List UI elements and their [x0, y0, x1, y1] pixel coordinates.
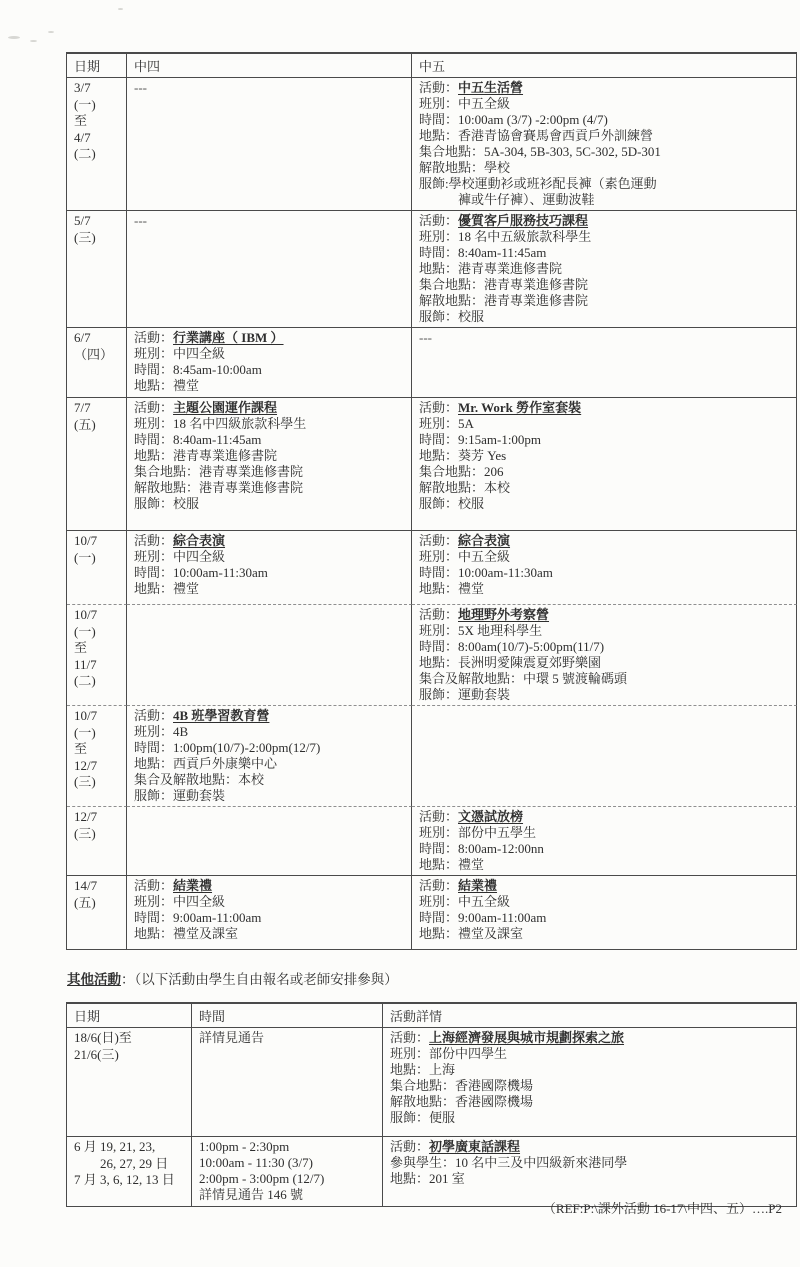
date-line: 7 月 3, 6, 12, 13 日 [74, 1172, 186, 1189]
detail-line: 時間：8:45am-10:00am [134, 362, 406, 378]
detail-line: 解散地點：本校 [419, 480, 791, 496]
table-row: 10/7(一)至11/7(二)活動：地理野外考察營班別：5X 地理科學生時間：8… [67, 605, 797, 706]
col-header-details: 活動詳情 [383, 1004, 797, 1028]
time-cell: 詳情見通告 [192, 1028, 383, 1137]
time-line: 詳情見通告 146 號 [199, 1187, 377, 1203]
activity-label: 活動： [134, 878, 173, 893]
date-line: 18/6(日)至 [74, 1030, 186, 1047]
detail-line: 地點：禮堂及課室 [419, 926, 791, 942]
date-line: (五) [74, 895, 121, 912]
activity-cell: 活動：Mr. Work 勞作室套裝班別：5A時間：9:15am-1:00pm地點… [412, 398, 797, 531]
other-activities-subtitle: ：（以下活動由學生自由報名或老師安排參與） [121, 972, 398, 987]
col-header-form4: 中四 [127, 54, 412, 78]
date-cell: 18/6(日)至21/6(三) [67, 1028, 192, 1137]
date-line: 14/7 [74, 878, 121, 895]
no-activity-dash: --- [419, 330, 791, 346]
scan-speckle [48, 31, 54, 33]
date-line: (一) [74, 725, 121, 742]
activity-line: 活動：文憑試放榜 [419, 809, 791, 825]
detail-line: 解散地點：港青專業進修書院 [419, 293, 791, 309]
detail-line: 集合地點：5A-304, 5B-303, 5C-302, 5D-301 [419, 144, 791, 160]
activity-title: 初學廣東話課程 [429, 1139, 520, 1154]
empty-cell [127, 807, 412, 876]
date-line: 至 [74, 640, 121, 657]
detail-line: 集合地點：香港國際機場 [390, 1078, 791, 1094]
date-line: (一) [74, 624, 121, 641]
activity-line: 活動：Mr. Work 勞作室套裝 [419, 400, 791, 416]
date-line: 6 月 19, 21, 23, [74, 1139, 186, 1156]
detail-line: 褲或牛仔褲）、運動波鞋 [419, 192, 791, 208]
detail-line: 地點：香港青協會賽馬會西貢戶外訓練營 [419, 128, 791, 144]
detail-line: 地點：禮堂 [134, 581, 406, 597]
detail-line: 時間：1:00pm(10/7)-2:00pm(12/7) [134, 740, 406, 756]
detail-line: 服飾：運動套裝 [134, 788, 406, 804]
activity-line: 活動：上海經濟發展與城市規劃探索之旅 [390, 1030, 791, 1046]
activity-label: 活動： [419, 533, 458, 548]
activity-cell: 活動：綜合表演班別：中五全級時間：10:00am-11:30am地點：禮堂 [412, 531, 797, 605]
activity-line: 活動：主題公園運作課程 [134, 400, 406, 416]
date-line: (一) [74, 97, 121, 114]
activity-label: 活動： [134, 708, 173, 723]
header-row: 日期中四中五 [67, 54, 797, 78]
detail-line: 班別：部份中四學生 [390, 1046, 791, 1062]
no-activity-cell: --- [127, 211, 412, 328]
activity-cell: 活動：優質客戶服務技巧課程班別：18 名中五級旅款科學生時間：8:40am-11… [412, 211, 797, 328]
activity-cell: 活動：上海經濟發展與城市規劃探索之旅班別：部份中四學生地點：上海集合地點：香港國… [383, 1028, 797, 1137]
activity-title: 結業禮 [173, 878, 212, 893]
scan-speckle [118, 8, 123, 10]
activity-line: 活動：4B 班學習教育營 [134, 708, 406, 724]
date-line: (二) [74, 673, 121, 690]
activity-line: 活動：綜合表演 [419, 533, 791, 549]
detail-line: 時間：8:40am-11:45am [134, 432, 406, 448]
detail-line: 集合及解散地點：中環 5 號渡輪碼頭 [419, 671, 791, 687]
date-line: (三) [74, 230, 121, 247]
main-schedule-table: 日期中四中五 3/7(一)至4/7(二)---活動：中五生活營班別：中五全級時間… [66, 52, 797, 950]
activity-cell: 活動：地理野外考察營班別：5X 地理科學生時間：8:00am(10/7)-5:0… [412, 605, 797, 706]
date-line: 10/7 [74, 533, 121, 550]
detail-line: 解散地點：港青專業進修書院 [134, 480, 406, 496]
date-line: 12/7 [74, 809, 121, 826]
date-line: 至 [74, 741, 121, 758]
detail-line: 時間：10:00am-11:30am [134, 565, 406, 581]
detail-line: 服飾：校服 [419, 496, 791, 512]
detail-line: 班別：4B [134, 724, 406, 740]
detail-line: 班別：18 名中四級旅款科學生 [134, 416, 406, 432]
detail-line: 地點：禮堂 [419, 857, 791, 873]
detail-line: 服飾：校服 [134, 496, 406, 512]
scan-speckle [8, 36, 20, 39]
date-line: 3/7 [74, 80, 121, 97]
page-content: 日期中四中五 3/7(一)至4/7(二)---活動：中五生活營班別：中五全級時間… [66, 52, 796, 1207]
date-line: （四） [74, 347, 121, 364]
table-row: 6/7（四）活動：行業講座（ IBM ）班別：中四全級時間：8:45am-10:… [67, 328, 797, 398]
date-cell: 5/7(三) [67, 211, 127, 328]
activity-cell: 活動：中五生活營班別：中五全級時間：10:00am (3/7) -2:00pm … [412, 78, 797, 211]
time-line: 詳情見通告 [199, 1030, 377, 1046]
other-table-header: 日期時間活動詳情 [67, 1004, 797, 1028]
date-cell: 14/7(五) [67, 876, 127, 950]
date-line: 12/7 [74, 758, 121, 775]
table-row: 7/7(五)活動：主題公園運作課程班別：18 名中四級旅款科學生時間：8:40a… [67, 398, 797, 531]
activity-cell: 活動：初學廣東話課程參與學生：10 名中三及中四級新來港同學地點：201 室 [383, 1137, 797, 1207]
activity-title: 綜合表演 [458, 533, 510, 548]
activity-title: 文憑試放榜 [458, 809, 523, 824]
main-table-header: 日期中四中五 [67, 54, 797, 78]
detail-line: 時間：9:15am-1:00pm [419, 432, 791, 448]
detail-line: 時間：8:00am-12:00nn [419, 841, 791, 857]
table-row: 18/6(日)至21/6(三)詳情見通告活動：上海經濟發展與城市規劃探索之旅班別… [67, 1028, 797, 1137]
detail-line: 班別：5A [419, 416, 791, 432]
detail-line: 地點：港青專業進修書院 [419, 261, 791, 277]
date-line: 11/7 [74, 657, 121, 674]
activity-label: 活動： [419, 213, 458, 228]
detail-line: 班別：中四全級 [134, 346, 406, 362]
detail-line: 服飾:學校運動衫或班衫配長褲（素色運動 [419, 176, 791, 192]
empty-cell [127, 605, 412, 706]
date-cell: 7/7(五) [67, 398, 127, 531]
footer-ref: （REF:P:\課外活動 16-17\中四、五）….P2 [543, 1198, 782, 1217]
activity-title: Mr. Work 勞作室套裝 [458, 400, 581, 415]
detail-line: 地點：葵芳 Yes [419, 448, 791, 464]
date-line: 6/7 [74, 330, 121, 347]
detail-line: 時間：8:00am(10/7)-5:00pm(11/7) [419, 639, 791, 655]
activity-title: 中五生活營 [458, 80, 523, 95]
time-line: 10:00am - 11:30 (3/7) [199, 1155, 377, 1171]
detail-line: 班別：18 名中五級旅款科學生 [419, 229, 791, 245]
activity-line: 活動：優質客戶服務技巧課程 [419, 213, 791, 229]
activity-label: 活動： [134, 400, 173, 415]
empty-cell [412, 706, 797, 807]
other-activities-table: 日期時間活動詳情 18/6(日)至21/6(三)詳情見通告活動：上海經濟發展與城… [66, 1002, 797, 1207]
date-line: 4/7 [74, 130, 121, 147]
date-line: (二) [74, 146, 121, 163]
activity-label: 活動： [419, 878, 458, 893]
date-line: (三) [74, 774, 121, 791]
date-cell: 6/7（四） [67, 328, 127, 398]
activity-line: 活動：初學廣東話課程 [390, 1139, 791, 1155]
date-line: 至 [74, 113, 121, 130]
detail-line: 地點：禮堂 [134, 378, 406, 394]
activity-line: 活動：綜合表演 [134, 533, 406, 549]
date-cell: 3/7(一)至4/7(二) [67, 78, 127, 211]
date-line: (一) [74, 550, 121, 567]
no-activity-cell: --- [127, 78, 412, 211]
detail-line: 班別：5X 地理科學生 [419, 623, 791, 639]
activity-label: 活動： [134, 533, 173, 548]
activity-title: 結業禮 [458, 878, 497, 893]
detail-line: 時間：10:00am-11:30am [419, 565, 791, 581]
activity-cell: 活動：綜合表演班別：中四全級時間：10:00am-11:30am地點：禮堂 [127, 531, 412, 605]
detail-line: 時間：8:40am-11:45am [419, 245, 791, 261]
date-cell: 6 月 19, 21, 23, 26, 27, 29 日7 月 3, 6, 12… [67, 1137, 192, 1207]
detail-line: 地點：禮堂 [419, 581, 791, 597]
activity-title: 地理野外考察營 [458, 607, 549, 622]
detail-line: 集合及解散地點：本校 [134, 772, 406, 788]
col-header-form5: 中五 [412, 54, 797, 78]
activity-label: 活動： [419, 607, 458, 622]
activity-label: 活動： [419, 400, 458, 415]
date-cell: 12/7(三) [67, 807, 127, 876]
no-activity-dash: --- [134, 80, 406, 96]
time-cell: 1:00pm - 2:30pm10:00am - 11:30 (3/7)2:00… [192, 1137, 383, 1207]
col-header-time: 時間 [192, 1004, 383, 1028]
date-line: (五) [74, 417, 121, 434]
no-activity-dash: --- [134, 213, 406, 229]
activity-title: 行業講座（ IBM ） [173, 330, 284, 345]
table-row: 3/7(一)至4/7(二)---活動：中五生活營班別：中五全級時間：10:00a… [67, 78, 797, 211]
detail-line: 地點：長洲明愛陳震夏郊野樂園 [419, 655, 791, 671]
activity-cell: 活動：結業禮班別：中五全級時間：9:00am-11:00am地點：禮堂及課室 [412, 876, 797, 950]
detail-line: 服飾：運動套裝 [419, 687, 791, 703]
activity-label: 活動： [134, 330, 173, 345]
other-activities-heading: 其他活動：（以下活動由學生自由報名或老師安排參與） [67, 971, 796, 989]
detail-line: 班別：中五全級 [419, 894, 791, 910]
detail-line: 集合地點：港青專業進修書院 [134, 464, 406, 480]
activity-title: 主題公園運作課程 [173, 400, 277, 415]
table-row: 6 月 19, 21, 23, 26, 27, 29 日7 月 3, 6, 12… [67, 1137, 797, 1207]
table-row: 10/7(一)活動：綜合表演班別：中四全級時間：10:00am-11:30am地… [67, 531, 797, 605]
detail-line: 地點：港青專業進修書院 [134, 448, 406, 464]
activity-cell: 活動：結業禮班別：中四全級時間：9:00am-11:00am地點：禮堂及課室 [127, 876, 412, 950]
activity-cell: 活動：主題公園運作課程班別：18 名中四級旅款科學生時間：8:40am-11:4… [127, 398, 412, 531]
activity-line: 活動：中五生活營 [419, 80, 791, 96]
date-cell: 10/7(一) [67, 531, 127, 605]
activity-title: 上海經濟發展與城市規劃探索之旅 [429, 1030, 624, 1045]
date-line: 10/7 [74, 708, 121, 725]
date-cell: 10/7(一)至11/7(二) [67, 605, 127, 706]
date-line: 5/7 [74, 213, 121, 230]
no-activity-cell: --- [412, 328, 797, 398]
activity-label: 活動： [419, 809, 458, 824]
other-activities-title: 其他活動 [67, 972, 121, 987]
detail-line: 班別：中四全級 [134, 894, 406, 910]
activity-title: 綜合表演 [173, 533, 225, 548]
detail-line: 參與學生：10 名中三及中四級新來港同學 [390, 1155, 791, 1171]
activity-cell: 活動：4B 班學習教育營班別：4B時間：1:00pm(10/7)-2:00pm(… [127, 706, 412, 807]
table-row: 10/7(一)至12/7(三)活動：4B 班學習教育營班別：4B時間：1:00p… [67, 706, 797, 807]
activity-line: 活動：行業講座（ IBM ） [134, 330, 406, 346]
detail-line: 地點：禮堂及課室 [134, 926, 406, 942]
activity-label: 活動： [390, 1139, 429, 1154]
date-cell: 10/7(一)至12/7(三) [67, 706, 127, 807]
detail-line: 地點：西貢戶外康樂中心 [134, 756, 406, 772]
activity-line: 活動：結業禮 [134, 878, 406, 894]
activity-line: 活動：地理野外考察營 [419, 607, 791, 623]
table-row: 5/7(三)---活動：優質客戶服務技巧課程班別：18 名中五級旅款科學生時間：… [67, 211, 797, 328]
detail-line: 地點：上海 [390, 1062, 791, 1078]
activity-title: 4B 班學習教育營 [173, 708, 269, 723]
detail-line: 解散地點：學校 [419, 160, 791, 176]
date-line: (三) [74, 826, 121, 843]
detail-line: 班別：部份中五學生 [419, 825, 791, 841]
detail-line: 時間：9:00am-11:00am [134, 910, 406, 926]
detail-line: 班別：中五全級 [419, 96, 791, 112]
activity-line: 活動：結業禮 [419, 878, 791, 894]
header-row: 日期時間活動詳情 [67, 1004, 797, 1028]
table-row: 12/7(三)活動：文憑試放榜班別：部份中五學生時間：8:00am-12:00n… [67, 807, 797, 876]
detail-line: 時間：9:00am-11:00am [419, 910, 791, 926]
detail-line: 班別：中五全級 [419, 549, 791, 565]
col-header-date: 日期 [67, 54, 127, 78]
detail-line: 集合地點：206 [419, 464, 791, 480]
document-page: 日期中四中五 3/7(一)至4/7(二)---活動：中五生活營班別：中五全級時間… [0, 0, 800, 1267]
detail-line: 服飾：便服 [390, 1110, 791, 1126]
date-line: 10/7 [74, 607, 121, 624]
time-line: 1:00pm - 2:30pm [199, 1139, 377, 1155]
scan-speckle [30, 40, 37, 42]
detail-line: 服飾：校服 [419, 309, 791, 325]
date-line: 21/6(三) [74, 1047, 186, 1064]
col-header-date: 日期 [67, 1004, 192, 1028]
detail-line: 解散地點：香港國際機場 [390, 1094, 791, 1110]
table-row: 14/7(五)活動：結業禮班別：中四全級時間：9:00am-11:00am地點：… [67, 876, 797, 950]
activity-label: 活動： [390, 1030, 429, 1045]
date-line: 26, 27, 29 日 [74, 1156, 186, 1173]
detail-line: 時間：10:00am (3/7) -2:00pm (4/7) [419, 112, 791, 128]
detail-line: 集合地點：港青專業進修書院 [419, 277, 791, 293]
date-line: 7/7 [74, 400, 121, 417]
activity-cell: 活動：文憑試放榜班別：部份中五學生時間：8:00am-12:00nn地點：禮堂 [412, 807, 797, 876]
detail-line: 地點：201 室 [390, 1171, 791, 1187]
detail-line: 班別：中四全級 [134, 549, 406, 565]
time-line: 2:00pm - 3:00pm (12/7) [199, 1171, 377, 1187]
activity-label: 活動： [419, 80, 458, 95]
activity-title: 優質客戶服務技巧課程 [458, 213, 588, 228]
activity-cell: 活動：行業講座（ IBM ）班別：中四全級時間：8:45am-10:00am地點… [127, 328, 412, 398]
